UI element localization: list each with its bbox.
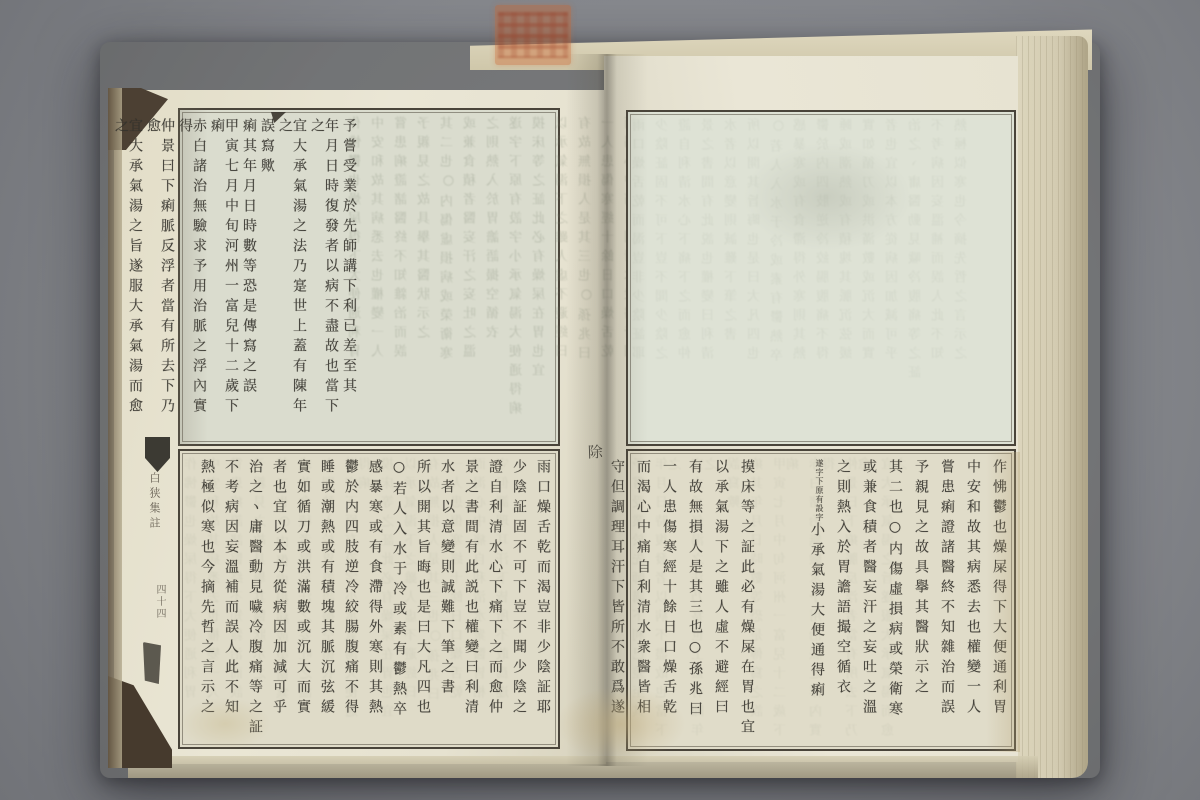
bleed-column: 睡或潮熱或有積塊其脈沉弦緩	[841, 118, 854, 438]
text-column: 治之ヽ庸醫動見噦冷腹痛等之証	[248, 459, 262, 739]
text-column: 熱極似寒也今摘先哲之言示之	[200, 459, 214, 739]
bleed-column: 熱極似寒也今摘先哲之言示之	[956, 118, 969, 438]
right-page-bottom-text-block: 予嘗受業於先師講下利已差至其年月日時復發者以病不盡故也當下之宜大承氣湯之法乃寔世…	[626, 449, 1016, 751]
text-column: 作怫鬱也燥屎得下大便通利胃	[992, 459, 1006, 741]
text-column: 不考病因妄溫補而誤人此不知	[224, 459, 238, 739]
text-column: 感暴寒或有食滯得外寒則其熱	[368, 459, 382, 739]
text-column: 一人患傷寒經十餘日口燥舌乾	[662, 459, 676, 741]
text-column: 赤白諸治無驗求予用治脈之浮內實得	[178, 118, 206, 436]
bleed-column: 所以開其旨晦也是曰大凡四也	[749, 118, 762, 438]
text-column: 所以開其旨晦也是曰大凡四也	[416, 459, 430, 739]
bleed-column: 少陰証固不可下豈不聞少陰之	[657, 118, 670, 438]
fore-edge-page-lines	[1016, 36, 1088, 778]
interlinear-note: 遂字下原有設字	[766, 459, 824, 522]
text-column: 實如循刀或洪滿數或沉大而實	[296, 459, 310, 739]
bleed-column: ○若人入水于冷或素有鬱熱卒	[772, 118, 785, 438]
bleed-column: 其二也○内傷虛損病或榮衛寒	[442, 116, 455, 438]
bleed-column: 或兼食積者醫妄汗之妄吐之溫	[465, 116, 478, 438]
bleed-column: 者也宜以本方從病因加減可乎	[887, 118, 900, 438]
left-page-top-text-block: 作怫鬱也燥屎得下大便通利胃中安和故其病悉去也權變一人嘗患痢證諸醫終不知雜治而誤予…	[178, 108, 560, 446]
text-column: 雨口燥舌乾而渴豈非少陰証耶	[536, 459, 550, 739]
text-column: 之則熱入於胃譫語撮空循衣	[836, 459, 850, 741]
bleed-column: 證自利清水心下痛下之而愈仲	[680, 118, 693, 438]
text-column: 以承氣湯下之雖人虛不避經曰	[714, 459, 728, 741]
text-column: 痢其年月日時數等恐是傳寫之誤	[242, 118, 256, 436]
right-page-top-blank-block: 雨口燥舌乾而渴豈非少陰証耶少陰証固不可下豈不聞少陰之證自利清水心下痛下之而愈仲景…	[626, 110, 1016, 446]
bleed-column: 遂字下原有設字小承氣湯大便通得痢	[511, 116, 524, 438]
bleed-column: 摸床等之証此必有燥屎在胃也宜	[534, 116, 547, 438]
text-column: 中安和故其病悉去也權變一人	[966, 459, 980, 741]
text-column: 宜大承氣湯之法乃寔世上蓋有陳年之	[278, 118, 306, 436]
text-column: 宜大承氣湯之旨遂服大承氣湯而愈之	[114, 118, 142, 436]
bleed-column: 之則熱入於胃譫語撮空循衣	[488, 116, 501, 438]
text-column: 嘗患痢證諸醫終不知雜治而誤	[940, 459, 954, 741]
bottom-left-text-columns: 雨口燥舌乾而渴豈非少陰証耶少陰証固不可下豈不聞少陰之證自利清水心下痛下之而愈仲景…	[188, 459, 550, 739]
bleed-column: 水者以意變則誠難下筆之書	[726, 118, 739, 438]
text-column: 年月日時復發者以病不盡故也當下之	[310, 118, 338, 436]
bleed-column: 治之ヽ庸醫動見噦冷腹痛等之証	[910, 118, 923, 438]
bleed-through-text: 雨口燥舌乾而渴豈非少陰証耶少陰証固不可下豈不聞少陰之證自利清水心下痛下之而愈仲景…	[634, 118, 1008, 438]
text-column: 少陰証固不可下豈不聞少陰之	[512, 459, 526, 739]
spine-title: 白狭集註	[146, 472, 162, 562]
text-column: 遂字下原有設字小承氣湯大便通得痢	[766, 459, 824, 741]
text-column: ○若人入水于冷或素有鬱熱卒	[392, 459, 406, 739]
text-column: 甲寅七月中旬河州一富兒十二歲下痢	[210, 118, 238, 436]
text-column: 予親見之故具擧其醫狀示之	[914, 459, 928, 741]
text-column: 予嘗受業於先師講下利已差至其	[342, 118, 356, 436]
text-column: 其二也○内傷虛損病或榮衛寒	[888, 459, 902, 741]
bottom-right-text-columns: 作怫鬱也燥屎得下大便通利胃中安和故其病悉去也權變一人嘗患痢證諸醫終不知雜治而誤予…	[636, 459, 1006, 741]
text-column: 景之書間有此説也權變曰利清	[464, 459, 478, 739]
text-column: 有故無損人是其三也○孫兆曰	[688, 459, 702, 741]
left-page-bottom-text-block: 作怫鬱也燥屎得下大便通利胃中安和故其病悉去也權變一人嘗患痢證諸醫終不知雜治而誤予…	[178, 449, 560, 749]
bleed-column: 實如循刀或洪滿數或沉大而實	[864, 118, 877, 438]
bleed-column: 不考病因妄溫補而誤人此不知	[933, 118, 946, 438]
bleed-column: 中安和故其病悉去也權變一人	[373, 116, 386, 438]
bleed-column: 感暴寒或有食滯得外寒則其熱	[795, 118, 808, 438]
text-column: 者也宜以本方從病因加減可乎	[272, 459, 286, 739]
text-column: 鬱於内四肢逆冷絞腸腹痛不得	[344, 459, 358, 739]
top-left-text-columns: 予嘗受業於先師講下利已差至其年月日時復發者以病不盡故也當下之宜大承氣湯之法乃寔世…	[184, 118, 356, 436]
bleed-column: 景之書間有此説也權變曰利清	[703, 118, 716, 438]
red-watermark-glyphs	[498, 12, 568, 58]
bleed-column: 嘗患痢證諸醫終不知雜治而誤	[396, 116, 409, 438]
text-column: 摸床等之証此必有燥屎在胃也宜	[740, 459, 754, 741]
gutter-shadow	[566, 54, 648, 766]
text-column: 水者以意變則誠難下筆之書	[440, 459, 454, 739]
text-column: 睡或潮熱或有積塊其脈沉弦緩	[320, 459, 334, 739]
text-column: 或兼食積者醫妄汗之妄吐之溫	[862, 459, 876, 741]
bleed-through-text: 作怫鬱也燥屎得下大便通利胃中安和故其病悉去也權變一人嘗患痢證諸醫終不知雜治而誤予…	[350, 116, 554, 438]
book-photograph: 作怫鬱也燥屎得下大便通利胃中安和故其病悉去也權變一人嘗患痢證諸醫終不知雜治而誤予…	[0, 0, 1200, 800]
bleed-column: 予親見之故具擧其醫狀示之	[419, 116, 432, 438]
text-column: 仲景曰下痢脈反浮者當有所去下乃愈	[146, 118, 174, 436]
text-column: 誤寫歟	[260, 118, 274, 436]
text-column: 證自利清水心下痛下之而愈仲	[488, 459, 502, 739]
bleed-column: 鬱於内四肢逆冷絞腸腹痛不得	[818, 118, 831, 438]
spine-lower-mark	[143, 642, 161, 684]
page-number: 四十四	[152, 584, 167, 630]
